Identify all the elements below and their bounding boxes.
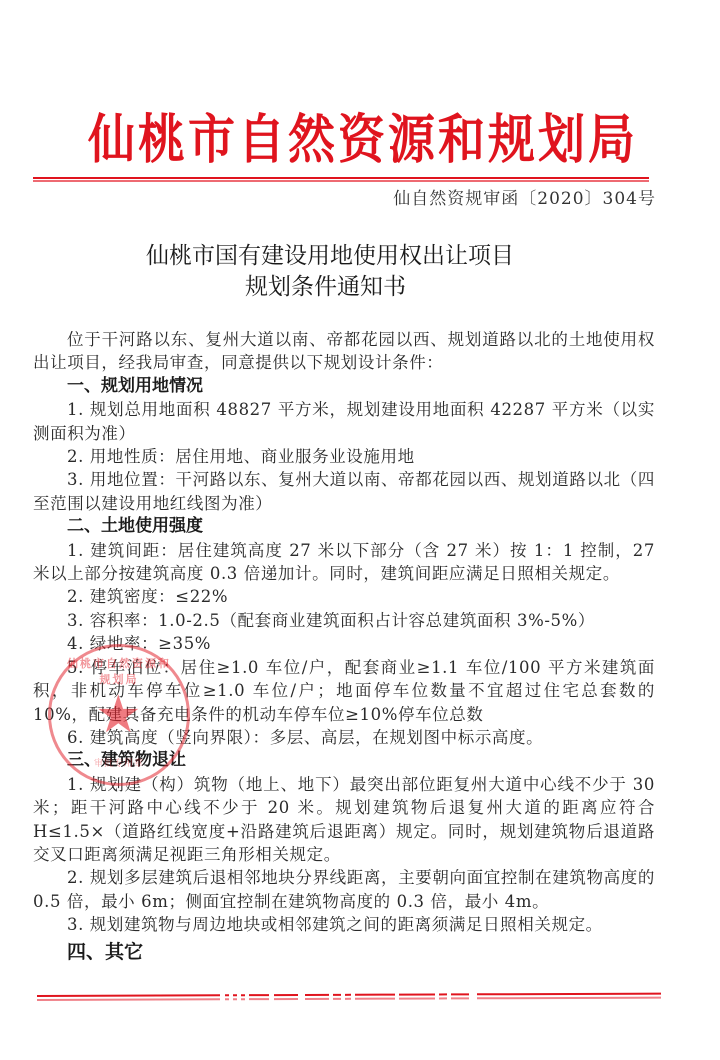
list-item: 2. 规划多层建筑后退相邻地块分界线距离，主要朝向面宜控制在建筑物高度的 0.5… xyxy=(33,866,655,913)
section-heading: 四、其它 xyxy=(33,937,655,967)
section-heading: 一、规划用地情况 xyxy=(33,375,655,398)
list-item: 6. 建筑高度（竖向界限）：多层、高层，在规划图中标示高度。 xyxy=(33,726,655,749)
list-item: 4. 绿地率：≥35% xyxy=(33,632,655,655)
list-item: 3. 用地位置：干河路以东、复州大道以南、帝都花园以西、规划道路以北（四至范围以… xyxy=(33,468,655,515)
issuer-masthead: 仙桃市自然资源和规划局 xyxy=(88,108,608,173)
list-item: 2. 用地性质：居住用地、商业服务业设施用地 xyxy=(33,445,655,468)
section-land-use: 一、规划用地情况 1. 规划总用地面积 48827 平方米，规划建设用地面积 4… xyxy=(33,375,655,515)
list-item: 1. 规划总用地面积 48827 平方米，规划建设用地面积 42287 平方米（… xyxy=(33,398,655,445)
list-item: 1. 建筑间距：居住建筑高度 27 米以下部分（含 27 米）按 1：1 控制，… xyxy=(33,539,655,586)
section-heading: 三、建筑物退让 xyxy=(33,749,655,772)
intro-paragraph: 位于干河路以东、复州大道以南、帝都花园以西、规划道路以北的土地使用权出让项目，经… xyxy=(33,328,655,375)
header-red-rule xyxy=(33,177,649,182)
document-body: 位于干河路以东、复州大道以南、帝都花园以西、规划道路以北的土地使用权出让项目，经… xyxy=(33,328,655,967)
section-other: 四、其它 xyxy=(33,937,655,967)
list-item: 3. 容积率：1.0-2.5（配套商业建筑面积占计容总建筑面积 3%-5%） xyxy=(33,609,655,632)
title-line-2: 规划条件通知书 xyxy=(0,272,720,303)
section-heading: 二、土地使用强度 xyxy=(33,515,655,538)
list-item: 3. 规划建筑物与周边地块或相邻建筑之间的距离须满足日照相关规定。 xyxy=(33,913,655,936)
section-setback: 三、建筑物退让 1. 规划建（构）筑物（地上、地下）最突出部位距复州大道中心线不… xyxy=(33,749,655,936)
section-land-intensity: 二、土地使用强度 1. 建筑间距：居住建筑高度 27 米以下部分（含 27 米）… xyxy=(33,515,655,749)
list-item: 5. 停车泊位：居住≥1.0 车位/户，配套商业≥1.1 车位/100 平方米建… xyxy=(33,656,655,726)
list-item: 2. 建筑密度：≤22% xyxy=(33,585,655,608)
document-title: 仙桃市国有建设用地使用权出让项目 规划条件通知书 xyxy=(0,241,720,303)
title-line-1: 仙桃市国有建设用地使用权出让项目 xyxy=(0,241,720,272)
list-item: 1. 规划建（构）筑物（地上、地下）最突出部位距复州大道中心线不少于 30 米；… xyxy=(33,773,655,867)
document-number: 仙自然资规审函〔2020〕304号 xyxy=(393,187,656,211)
footer-red-rule xyxy=(37,993,661,1001)
